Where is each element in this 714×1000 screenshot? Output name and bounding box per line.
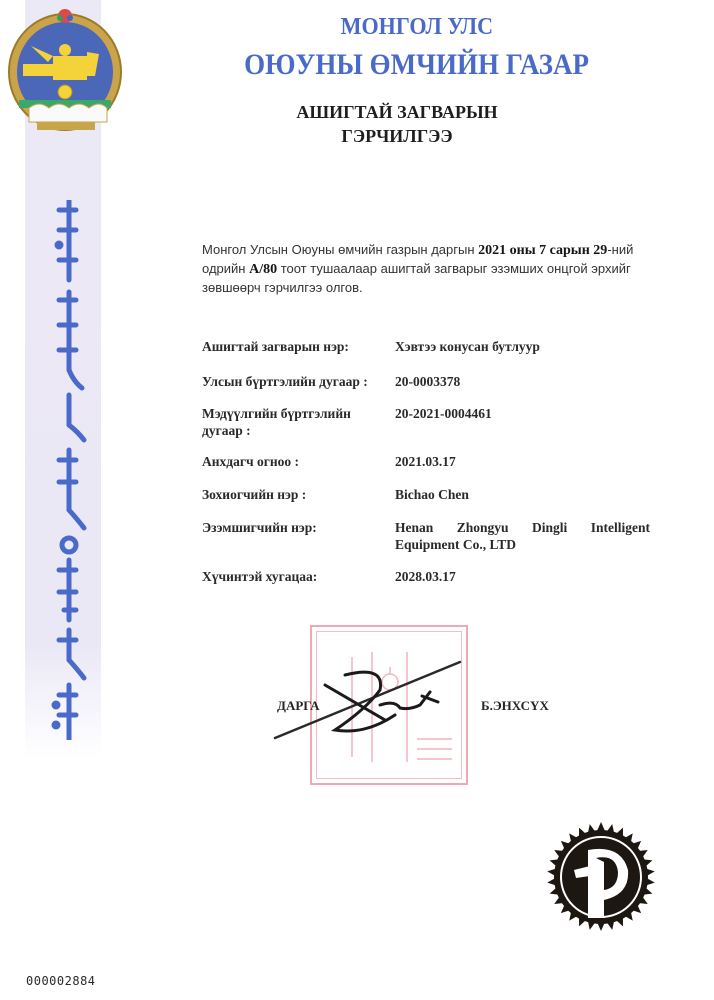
field-value: 2021.03.17 [395, 453, 650, 470]
field-label: Мэдүүлгийн бүртгэлийн дугаар : [202, 405, 382, 439]
certificate-title-line1: АШИГТАЙ ЗАГВАРЫН [262, 100, 532, 124]
field-label: Ашигтай загварын нэр: [202, 338, 382, 355]
intro-text: Монгол Улсын Оюуны өмчийн газрын даргын [202, 242, 478, 257]
certificate-title-line2: ГЭРЧИЛГЭЭ [262, 124, 532, 148]
ip-office-seal-icon [546, 822, 656, 932]
field-value: 20-0003378 [395, 373, 650, 390]
intro-paragraph: Монгол Улсын Оюуны өмчийн газрын даргын … [202, 241, 664, 297]
country-heading: МОНГОЛ УЛС [0, 14, 714, 41]
order-number: A/80 [249, 262, 277, 277]
serial-number: 000002884 [26, 974, 96, 988]
certificate-title: АШИГТАЙ ЗАГВАРЫН ГЭРЧИЛГЭЭ [262, 100, 532, 148]
field-value: Henan Zhongyu Dingli Intelligent Equipme… [395, 519, 650, 553]
field-value: Bichao Chen [395, 486, 650, 503]
agency-heading: ОЮУНЫ ӨМЧИЙН ГАЗАР [0, 48, 714, 82]
field-value: Хэвтээ конусан бутлуур [395, 338, 650, 355]
decree-date: 2021 оны 7 сарын 29 [478, 243, 607, 258]
field-label: Улсын бүртгэлийн дугаар : [202, 373, 382, 390]
field-label: Хүчинтэй хугацаа: [202, 568, 382, 585]
signatory-name: Б.ЭНХСҮХ [481, 698, 549, 714]
mongolian-vertical-script-icon [44, 200, 94, 740]
field-label: Зохиогчийн нэр : [202, 486, 382, 503]
field-label: Эзэмшигчийн нэр: [202, 519, 382, 536]
field-value: 2028.03.17 [395, 568, 650, 585]
field-value: 20-2021-0004461 [395, 405, 650, 422]
handwritten-signature-icon [270, 660, 470, 740]
field-label: Анхдагч огноо : [202, 453, 382, 470]
